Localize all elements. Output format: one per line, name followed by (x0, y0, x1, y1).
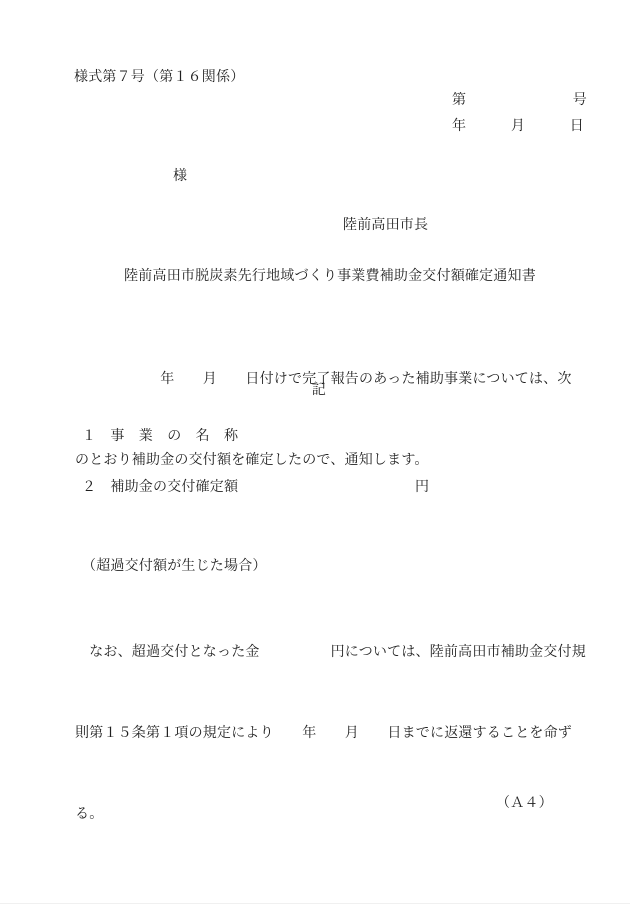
form-number: 様式第７号（第１６関係） (74, 71, 244, 85)
date-line: 年 月 日 (452, 120, 584, 134)
overpayment-paragraph-line-2: 則第１５条第１項の規定により 年 月 日までに返還することを命ず (75, 720, 585, 747)
overpayment-paragraph-line-1: なお、超過交付となった金 円については、陸前高田市補助金交付規 (75, 639, 585, 666)
item-1-project-name-label: １ 事 業 の 名 称 (82, 430, 238, 444)
doc-number-prefix: 第 (452, 94, 466, 108)
document-page: 様式第７号（第１６関係） 第 号 年 月 日 様 陸前高田市長 陸前高田市脱炭素… (0, 0, 630, 904)
item-2-grant-amount-label: ２ 補助金の交付確定額 (82, 481, 238, 495)
ki-marker: 記 (0, 384, 630, 398)
overpayment-paragraph: なお、超過交付となった金 円については、陸前高田市補助金交付規 則第１５条第１項… (75, 585, 585, 882)
doc-number-suffix: 号 (573, 94, 587, 108)
overpayment-section-heading: （超過交付額が生じた場合） (82, 560, 267, 574)
body-paragraph-line-2: のとおり補助金の交付額を確定したので、通知します。 (75, 447, 585, 474)
document-title: 陸前高田市脱炭素先行地域づくり事業費補助金交付額確定通知書 (0, 270, 630, 284)
date-month-label: 月 (511, 120, 525, 134)
sender-name: 陸前高田市長 (343, 219, 428, 233)
item-2-grant-amount: ２ 補助金の交付確定額 円 (0, 481, 630, 537)
document-number-line: 第 号 (452, 94, 587, 108)
paper-size-label: （Ａ４） (496, 797, 553, 811)
addressee-honorific: 様 (173, 170, 187, 184)
item-2-yen-unit-label: 円 (415, 481, 429, 495)
date-day-label: 日 (570, 120, 584, 134)
date-year-label: 年 (452, 120, 466, 134)
